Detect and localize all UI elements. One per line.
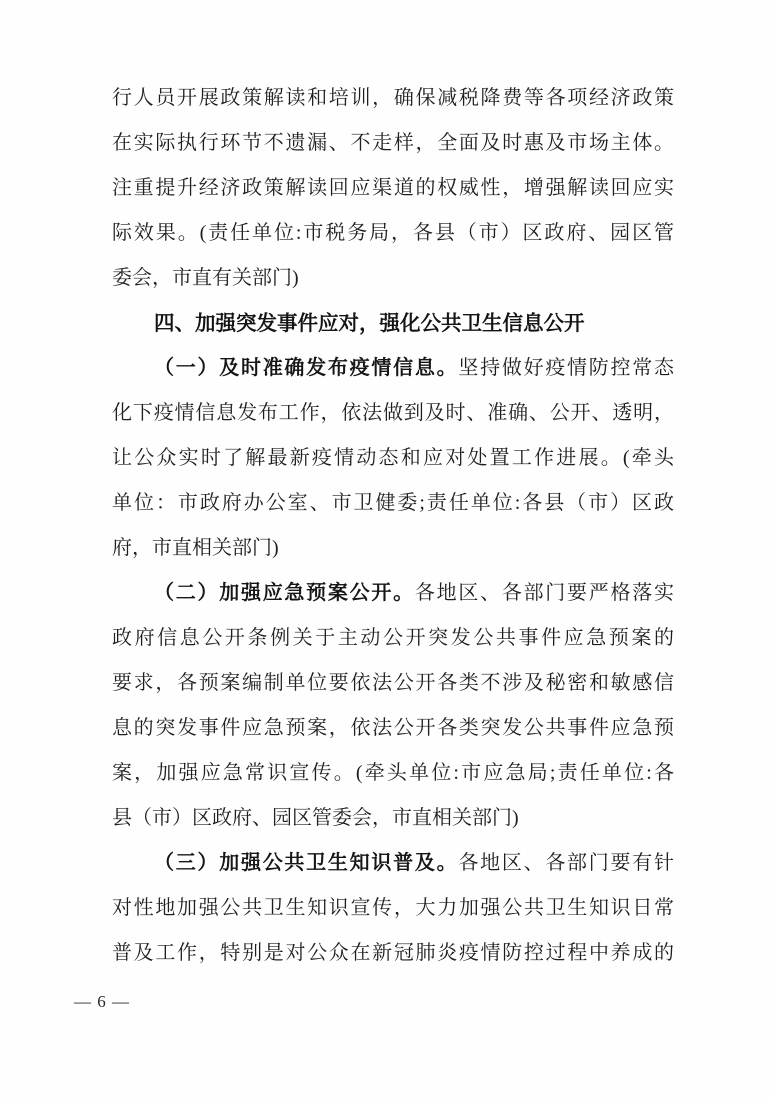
text-line: 息的突发事件应急预案，依法公开各类突发公共事件应急预 xyxy=(112,706,674,751)
document-text-block: 行人员开展政策解读和培训，确保减税降费等各项经济政策在实际执行环节不遗漏、不走样… xyxy=(112,76,674,976)
text-line: 在实际执行环节不遗漏、不走样，全面及时惠及市场主体。 xyxy=(112,121,674,166)
text-line: 案，加强应急常识宣传。(牵头单位:市应急局;责任单位:各 xyxy=(112,751,674,796)
text-line: （三）加强公共卫生知识普及。各地区、各部门要有针 xyxy=(112,841,674,886)
text-line: 委会，市直有关部门) xyxy=(112,256,674,301)
line-text: 各地区、各部门要严格落实 xyxy=(415,582,674,604)
line-text: 坚持做好疫情防控常态 xyxy=(458,357,674,379)
text-line: 注重提升经济政策解读回应渠道的权威性，增强解读回应实 xyxy=(112,166,674,211)
item-lead-text: （三）加强公共卫生知识普及。 xyxy=(154,852,458,874)
text-line: 普及工作，特别是对公众在新冠肺炎疫情防控过程中养成的 xyxy=(112,931,674,976)
section-heading: 四、加强突发事件应对，强化公共卫生信息公开 xyxy=(112,301,674,346)
text-line: 化下疫情信息发布工作，依法做到及时、准确、公开、透明， xyxy=(112,391,674,436)
text-line: 府，市直相关部门) xyxy=(112,526,674,571)
item-lead-text: （一）及时准确发布疫情信息。 xyxy=(154,357,458,379)
text-line: 单位：市政府办公室、市卫健委;责任单位:各县（市）区政 xyxy=(112,481,674,526)
text-line: （一）及时准确发布疫情信息。坚持做好疫情防控常态 xyxy=(112,346,674,391)
line-text: 各地区、各部门要有针 xyxy=(458,852,674,874)
text-line: （二）加强应急预案公开。各地区、各部门要严格落实 xyxy=(112,571,674,616)
text-line: 政府信息公开条例关于主动公开突发公共事件应急预案的 xyxy=(112,616,674,661)
text-line: 让公众实时了解最新疫情动态和应对处置工作进展。(牵头 xyxy=(112,436,674,481)
item-lead-text: （二）加强应急预案公开。 xyxy=(154,582,415,604)
document-page: 行人员开展政策解读和培训，确保减税降费等各项经济政策在实际执行环节不遗漏、不走样… xyxy=(0,0,770,1099)
text-line: 际效果。(责任单位:市税务局，各县（市）区政府、园区管 xyxy=(112,211,674,256)
text-line: 对性地加强公共卫生知识宣传，大力加强公共卫生知识日常 xyxy=(112,886,674,931)
page-number: — 6 — xyxy=(74,992,130,1012)
text-line: 要求，各预案编制单位要依法公开各类不涉及秘密和敏感信 xyxy=(112,661,674,706)
text-line: 行人员开展政策解读和培训，确保减税降费等各项经济政策 xyxy=(112,76,674,121)
text-line: 县（市）区政府、园区管委会，市直相关部门) xyxy=(112,796,674,841)
